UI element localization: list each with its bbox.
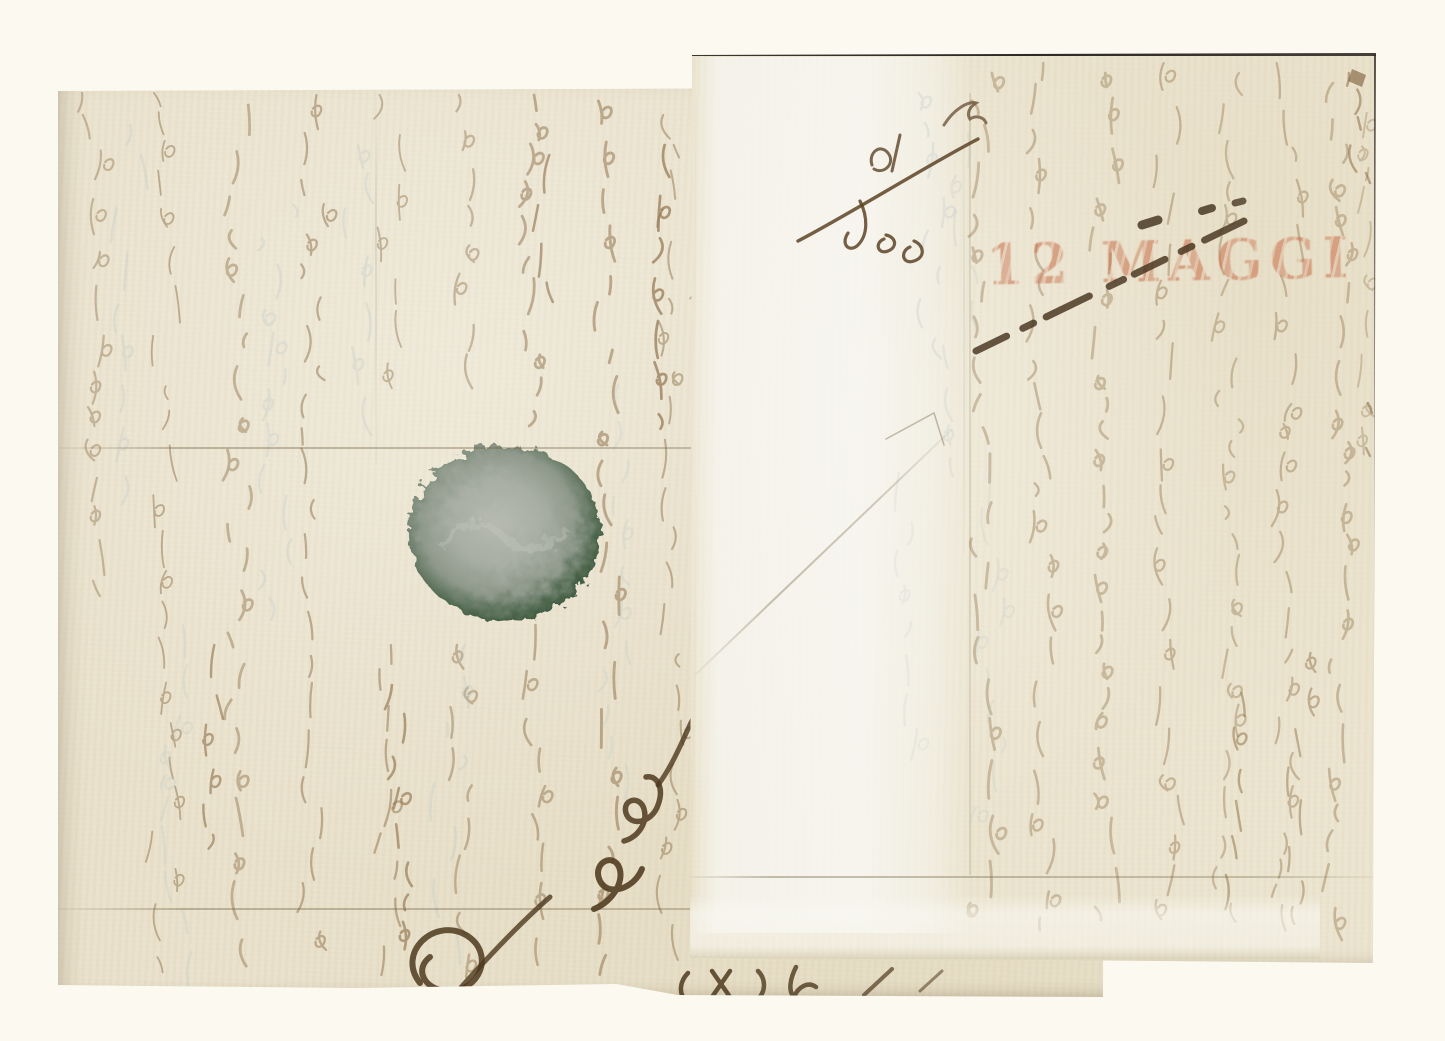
right-wrapper-sheet: 12 MAGGIO: [690, 53, 1376, 965]
edge-flecks: [1366, 173, 1372, 456]
address-ink-flourish: [624, 777, 660, 841]
address-ink-flourish: [594, 860, 642, 909]
ink-speck: [1142, 220, 1158, 225]
rate-mark-hook: [944, 103, 986, 125]
manuscript-ink-right: [690, 53, 1376, 965]
corner-stain: [1348, 69, 1366, 87]
flap-crease-line: [886, 413, 944, 445]
scanned-letter-photo: 12 MAGGIO: [0, 0, 1445, 1041]
address-ink-tail: [456, 897, 550, 993]
rate-mark-letters: [878, 235, 922, 262]
docket-mark: [790, 967, 816, 997]
address-ink-loop: [412, 930, 481, 991]
ink-speck: [1235, 201, 1243, 203]
ink-speck: [1202, 208, 1212, 211]
rate-mark-digits: [871, 135, 900, 171]
docket-mark: [920, 971, 942, 991]
ink-cancel-stroke: [976, 221, 1244, 351]
docket-mark: [712, 971, 730, 997]
docket-mark: [758, 971, 764, 997]
docket-mark: [864, 969, 892, 995]
docket-mark: [681, 973, 688, 997]
